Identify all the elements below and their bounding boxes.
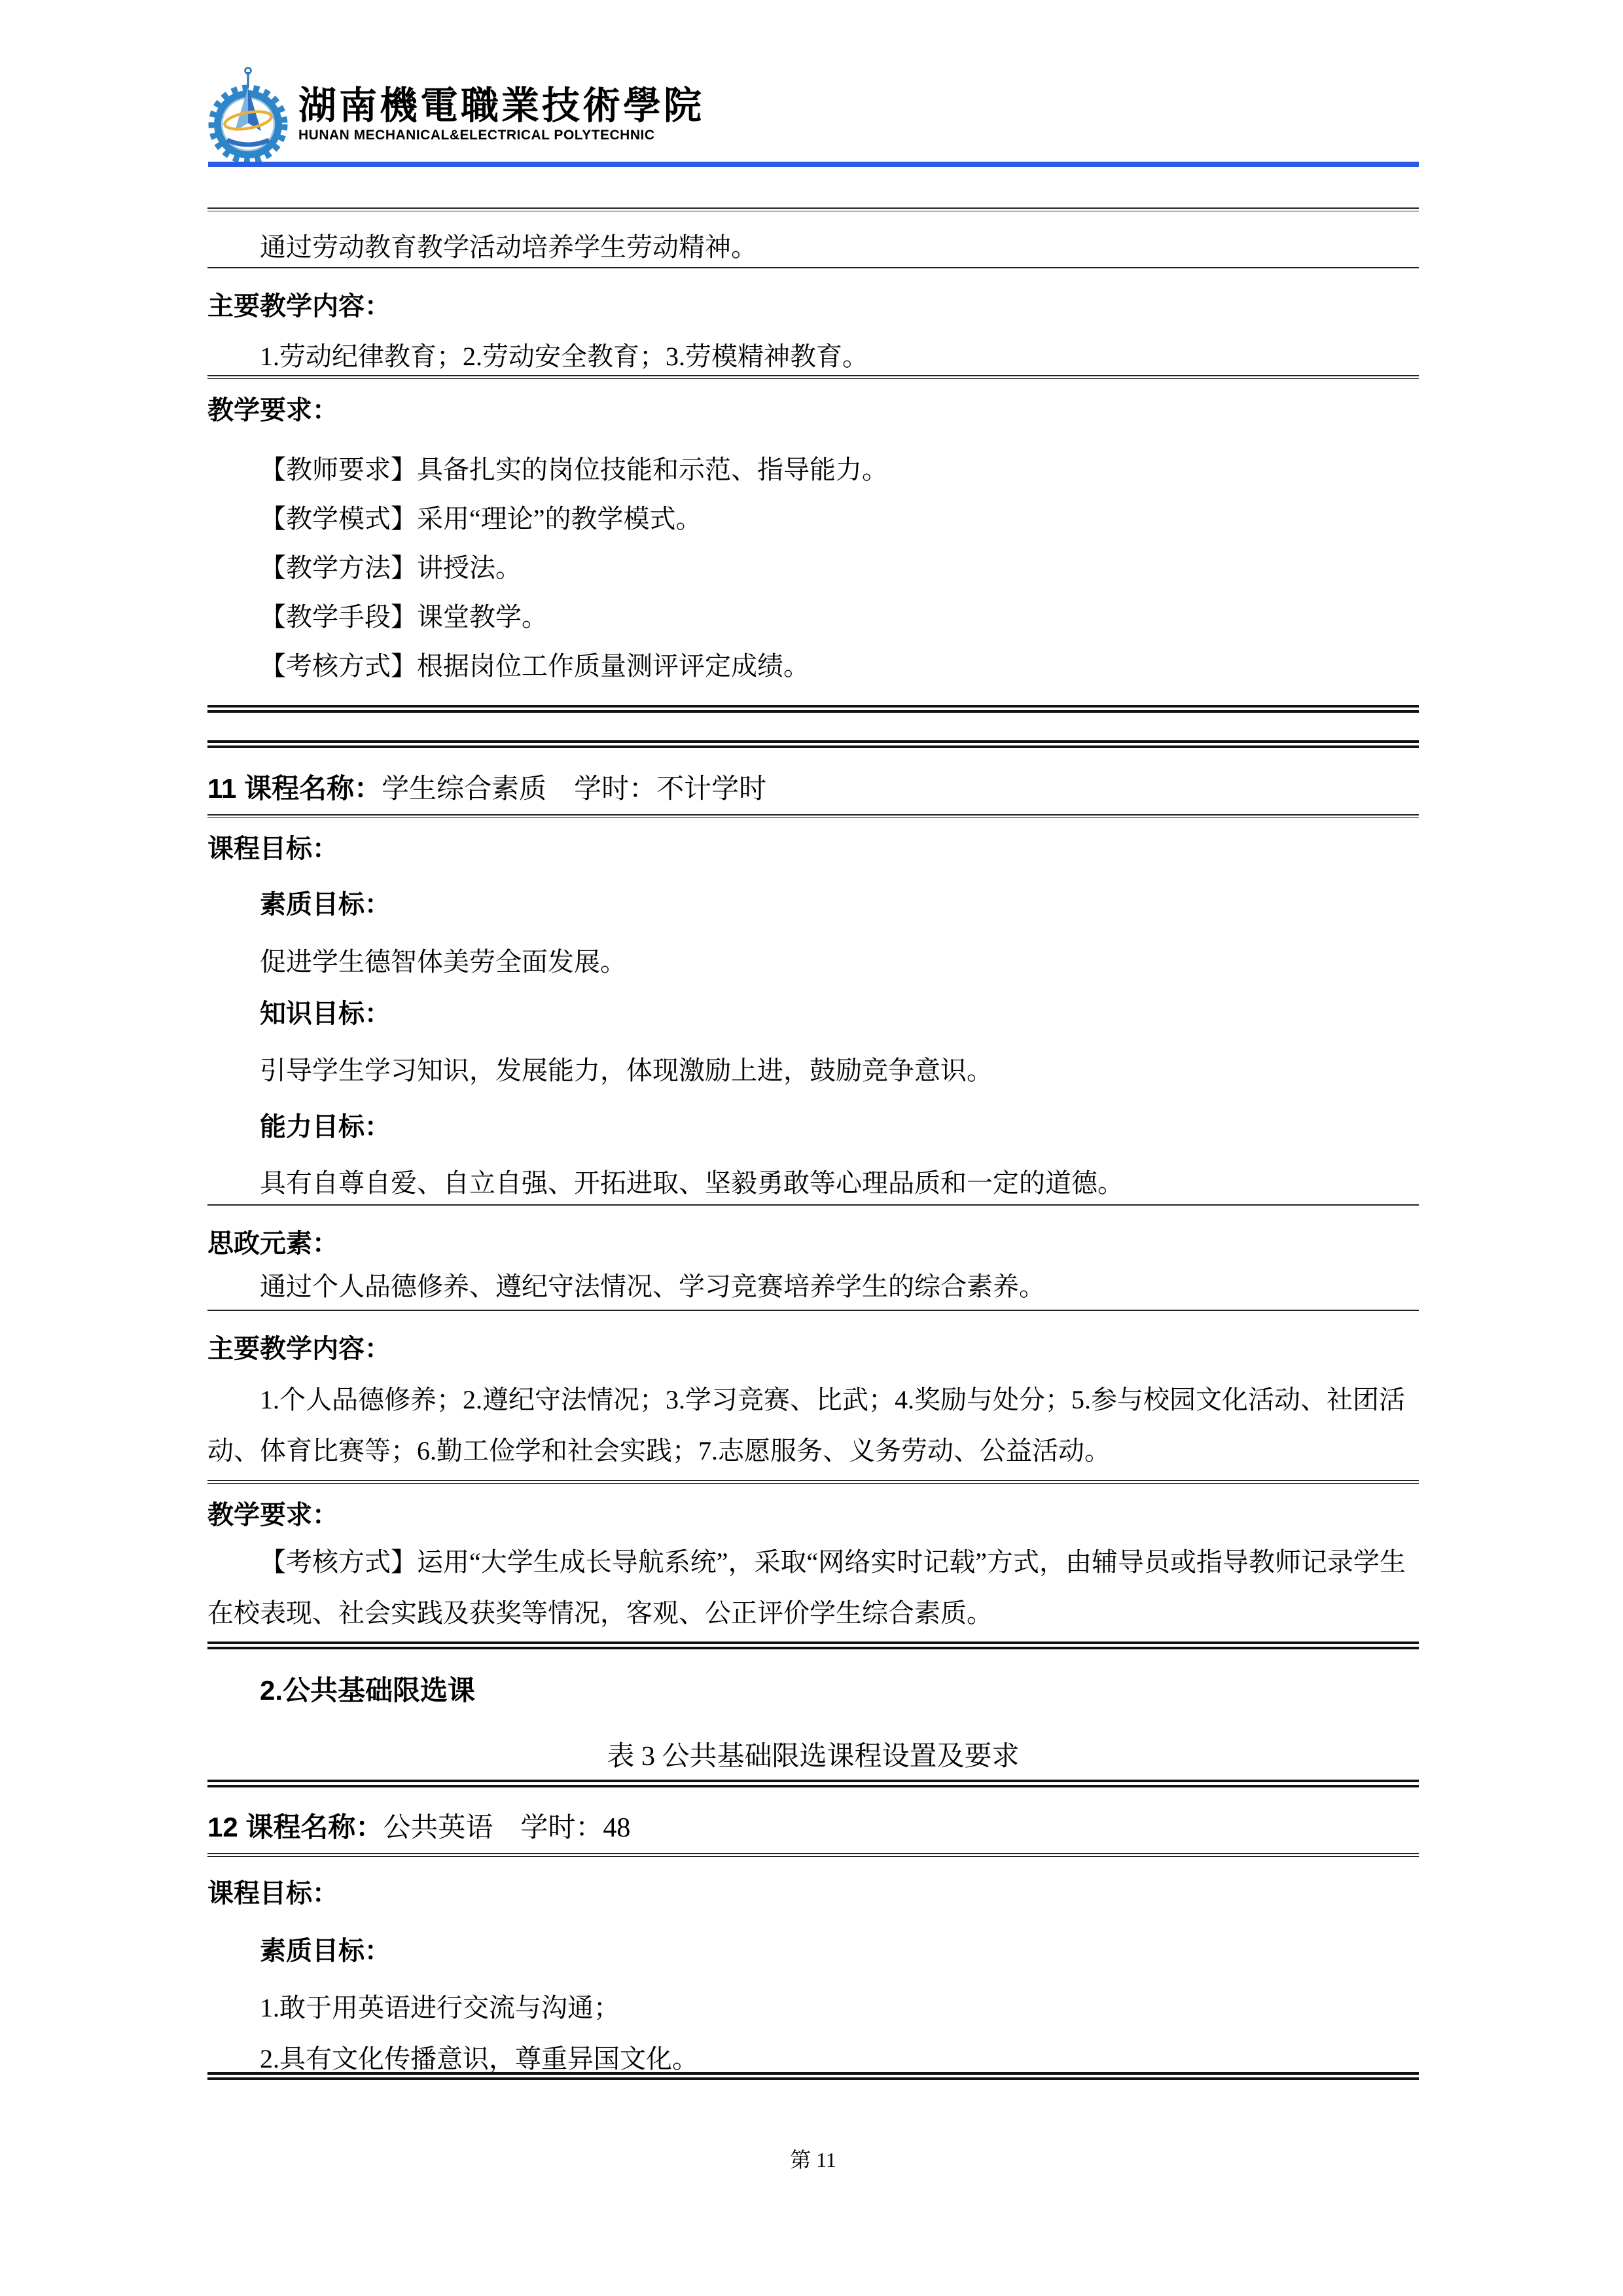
course12-title-value: 公共英语 学时：48: [383, 1813, 630, 1843]
table-border-top: [207, 740, 1419, 748]
course12-title-label: 12 课程名称：: [207, 1812, 383, 1842]
header: 湖南機電職業技術學院 HUNAN MECHANICAL&ELECTRICAL P…: [207, 65, 1419, 164]
row-divider: [207, 1310, 1419, 1311]
requirement-item: 【教学模式】采用“理论”的教学模式。: [207, 494, 1419, 543]
row-divider: [207, 375, 1419, 379]
document-page: 湖南機電職業技術學院 HUNAN MECHANICAL&ELECTRICAL P…: [0, 0, 1623, 2296]
course11-title-label: 11 课程名称：: [207, 773, 382, 804]
table-border-bottom: [207, 2072, 1419, 2080]
course11-ability-text: 具有自尊自爱、自立自强、开拓进取、坚毅勇敢等心理品质和一定的道德。: [207, 1157, 1419, 1210]
school-name-en: HUNAN MECHANICAL&ELECTRICAL POLYTECHNIC: [298, 127, 704, 144]
course11-knowledge-text: 引导学生学习知识，发展能力，体现激励上进，鼓励竞争意识。: [207, 1045, 1419, 1097]
row-divider: [207, 1853, 1419, 1857]
section2-table-caption: 表 3 公共基础限选课程设置及要求: [207, 1731, 1419, 1783]
course11-quality-text: 促进学生德智体美劳全面发展。: [207, 936, 1419, 988]
course11-goal-heading: 课程目标：: [207, 823, 1419, 875]
row-divider: [207, 814, 1419, 818]
course11-content-heading: 主要教学内容：: [207, 1323, 1419, 1375]
course10-ideology-text: 通过劳动教育教学活动培养学生劳动精神。: [207, 221, 1419, 274]
table-border-top: [207, 1780, 1419, 1787]
header-accent-bar: [208, 162, 1419, 167]
row-divider: [207, 267, 1419, 268]
requirement-item: 【教师要求】具备扎实的岗位技能和示范、指导能力。: [207, 445, 1419, 494]
course11-requirement-heading: 教学要求：: [207, 1489, 1419, 1541]
course12-quality-heading: 素质目标：: [207, 1925, 1419, 1977]
requirement-item: 【教学手段】课堂教学。: [207, 592, 1419, 641]
course10-content-heading: 主要教学内容：: [207, 280, 1419, 332]
page-number: 第 11: [207, 2142, 1419, 2178]
requirement-item: 【教学方法】讲授法。: [207, 543, 1419, 592]
row-divider: [207, 1480, 1419, 1484]
course11-quality-heading: 素质目标：: [207, 878, 1419, 931]
course11-ability-heading: 能力目标：: [207, 1101, 1419, 1153]
course12-quality-item: 1.敢于用英语进行交流与沟通；: [207, 1982, 1419, 2034]
table-border-bottom: [207, 705, 1419, 713]
course12-goal-heading: 课程目标：: [207, 1867, 1419, 1920]
table-border-bottom: [207, 1641, 1419, 1649]
course11-title-row: 11 课程名称：学生综合素质 学时：不计学时: [207, 761, 1419, 817]
course11-content-text: 1.个人品德修养；2.遵纪守法情况；3.学习竞赛、比武；4.奖励与处分；5.参与…: [207, 1374, 1419, 1477]
row-divider: [207, 1204, 1419, 1206]
section2-heading: 2.公共基础限选课: [207, 1664, 1419, 1717]
table-border-top: [207, 207, 1419, 211]
course11-ideology-text: 通过个人品德修养、遵纪守法情况、学习竞赛培养学生的综合素养。: [207, 1261, 1419, 1313]
course10-requirement-list: 【教师要求】具备扎实的岗位技能和示范、指导能力。 【教学模式】采用“理论”的教学…: [207, 445, 1419, 691]
course12-title-row: 12 课程名称：公共英语 学时：48: [207, 1800, 1419, 1856]
school-name-cn: 湖南機電職業技術學院: [298, 85, 704, 127]
course10-requirement-heading: 教学要求：: [207, 384, 1419, 437]
course11-title-value: 学生综合素质 学时：不计学时: [382, 774, 766, 804]
school-logo-icon: [207, 65, 289, 164]
course11-assessment-text: 【考核方式】运用“大学生成长导航系统”，采取“网络实时记载”方式，由辅导员或指导…: [207, 1537, 1419, 1639]
course11-knowledge-heading: 知识目标：: [207, 988, 1419, 1040]
school-name-block: 湖南機電職業技術學院 HUNAN MECHANICAL&ELECTRICAL P…: [298, 85, 704, 144]
requirement-item: 【考核方式】根据岗位工作质量测评评定成绩。: [207, 641, 1419, 691]
